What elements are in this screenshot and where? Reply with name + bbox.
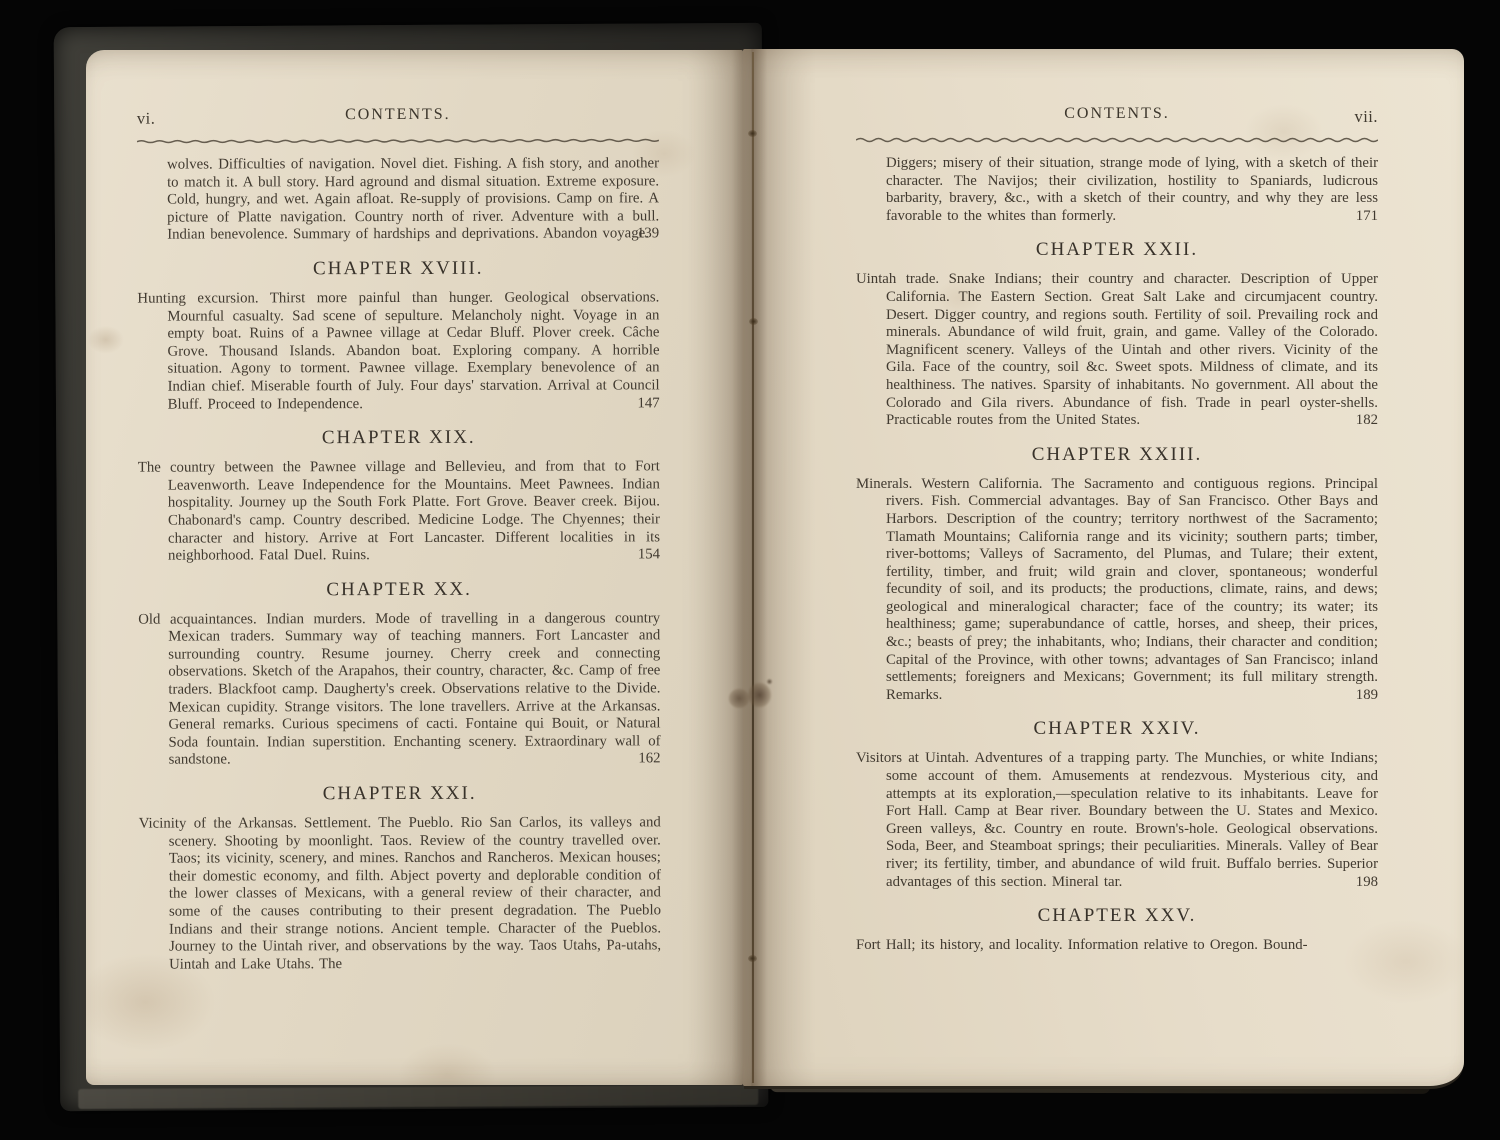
right-folio: vii. [1354, 107, 1378, 127]
chapter-summary-text: Fort Hall; its history, and locality. In… [856, 937, 1308, 953]
contents-section: CHAPTER XXIII. Minerals. Western Califor… [856, 444, 1378, 705]
wavy-rule [856, 136, 1378, 144]
chapter-summary: The country between the Pawnee village a… [138, 458, 660, 565]
wavy-rule [137, 136, 659, 145]
chapter-summary: Vicinity of the Arkansas. Settlement. Th… [139, 814, 661, 974]
page-block-edge [770, 1085, 1430, 1094]
chapter-summary-text: Uintah trade. Snake Indians; their count… [856, 271, 1378, 428]
chapter-page-number: 182 [1356, 412, 1378, 430]
left-page-sections: wolves. Difficulties of navigation. Nove… [137, 155, 661, 974]
chapter-heading: CHAPTER XIX. [138, 426, 660, 449]
chapter-summary-text: Minerals. Western California. The Sacram… [856, 476, 1378, 703]
chapter-summary: Visitors at Uintah. Adventures of a trap… [856, 750, 1378, 891]
chapter-heading: CHAPTER XVIII. [137, 257, 659, 280]
right-page-content: CONTENTS. vii. Diggers; misery of their … [856, 105, 1378, 955]
contents-section: CHAPTER XVIII. Hunting excursion. Thirst… [137, 257, 659, 414]
chapter-summary-text: Old acquaintances. Indian murders. Mode … [138, 610, 660, 768]
right-page-sections: Diggers; misery of their situation, stra… [856, 155, 1378, 955]
binding-thread [752, 52, 754, 1083]
chapter-summary-text: Vicinity of the Arkansas. Settlement. Th… [139, 814, 661, 972]
chapter-summary: Hunting excursion. Thirst more painful t… [137, 289, 659, 414]
left-page-content: vi. CONTENTS. wolves. Difficulties of na… [137, 105, 661, 974]
book-photo: vi. CONTENTS. wolves. Difficulties of na… [0, 0, 1500, 1140]
chapter-page-number: 139 [637, 226, 659, 244]
left-page-header: vi. CONTENTS. [137, 105, 659, 130]
chapter-page-number: 189 [1356, 687, 1378, 705]
stitch-knot [748, 130, 757, 137]
contents-section: Diggers; misery of their situation, stra… [856, 155, 1378, 225]
chapter-summary-text: wolves. Difficulties of navigation. Nove… [167, 155, 659, 243]
stitch-knot [749, 318, 758, 325]
chapter-page-number: 162 [638, 751, 660, 769]
contents-section: CHAPTER XXI. Vicinity of the Arkansas. S… [139, 782, 661, 974]
chapter-heading: CHAPTER XXV. [856, 905, 1378, 927]
chapter-heading: CHAPTER XXIV. [856, 718, 1378, 740]
chapter-summary: Old acquaintances. Indian murders. Mode … [138, 610, 660, 770]
chapter-page-number: 171 [1356, 208, 1378, 226]
chapter-summary-text: Diggers; misery of their situation, stra… [886, 155, 1378, 224]
chapter-heading: CHAPTER XXII. [856, 239, 1378, 261]
contents-section: CHAPTER XXII. Uintah trade. Snake Indian… [856, 239, 1378, 429]
chapter-summary: Fort Hall; its history, and locality. In… [856, 937, 1378, 955]
chapter-summary-text: Hunting excursion. Thirst more painful t… [137, 289, 659, 412]
contents-section: CHAPTER XX. Old acquaintances. Indian mu… [138, 578, 660, 770]
right-running-head: CONTENTS. [856, 105, 1378, 123]
chapter-summary: Uintah trade. Snake Indians; their count… [856, 271, 1378, 429]
right-page-header: CONTENTS. vii. [856, 105, 1378, 129]
chapter-heading: CHAPTER XX. [138, 578, 660, 601]
chapter-summary-text: Visitors at Uintah. Adventures of a trap… [856, 750, 1378, 889]
chapter-heading: CHAPTER XXI. [139, 782, 661, 805]
chapter-summary: Diggers; misery of their situation, stra… [856, 155, 1378, 225]
left-running-head: CONTENTS. [137, 105, 659, 124]
chapter-page-number: 147 [637, 395, 659, 413]
right-page: CONTENTS. vii. Diggers; misery of their … [743, 49, 1464, 1086]
stitch-knot [748, 955, 757, 962]
chapter-summary: Minerals. Western California. The Sacram… [856, 476, 1378, 705]
chapter-summary-text: The country between the Pawnee village a… [138, 458, 660, 563]
contents-section: wolves. Difficulties of navigation. Nove… [137, 155, 659, 244]
left-page: vi. CONTENTS. wolves. Difficulties of na… [86, 50, 743, 1085]
contents-section: CHAPTER XXIV. Visitors at Uintah. Advent… [856, 718, 1378, 891]
left-folio: vi. [137, 109, 156, 129]
chapter-summary: wolves. Difficulties of navigation. Nove… [137, 155, 659, 244]
chapter-heading: CHAPTER XXIII. [856, 444, 1378, 466]
contents-section: CHAPTER XXV. Fort Hall; its history, and… [856, 905, 1378, 955]
contents-section: CHAPTER XIX. The country between the Paw… [138, 426, 660, 565]
chapter-page-number: 198 [1356, 874, 1378, 892]
chapter-page-number: 154 [638, 546, 660, 564]
